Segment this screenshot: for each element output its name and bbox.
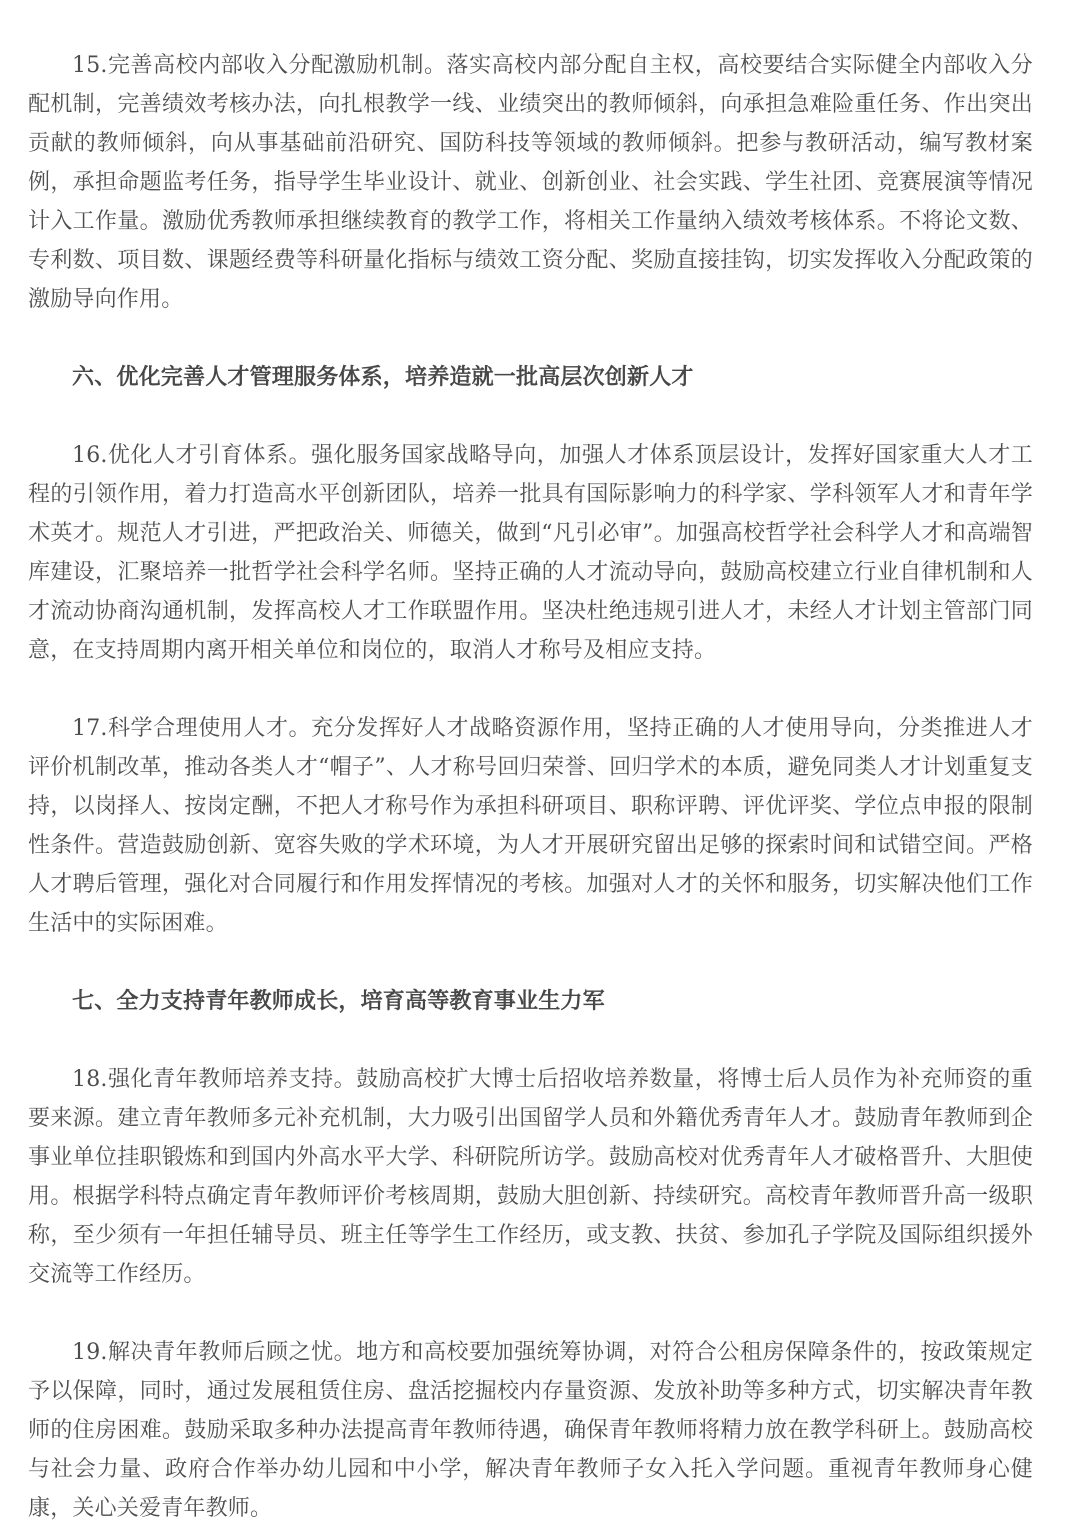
document-body: 15.完善高校内部收入分配激励机制。落实高校内部分配自主权，高校要结合实际健全内… [28,46,1033,1520]
paragraph-item-18: 18.强化青年教师培养支持。鼓励高校扩大博士后招收培养数量，将博士后人员作为补充… [28,1060,1033,1294]
document-page: 15.完善高校内部收入分配激励机制。落实高校内部分配自主权，高校要结合实际健全内… [0,0,1074,1520]
paragraph-item-16: 16.优化人才引育体系。强化服务国家战略导向，加强人才体系顶层设计，发挥好国家重… [28,436,1033,670]
paragraph-item-19: 19.解决青年教师后顾之忧。地方和高校要加强统筹协调，对符合公租房保障条件的，按… [28,1333,1033,1520]
section-heading-6: 六、优化完善人才管理服务体系，培养造就一批高层次创新人才 [28,358,1033,397]
paragraph-item-15: 15.完善高校内部收入分配激励机制。落实高校内部分配自主权，高校要结合实际健全内… [28,46,1033,319]
section-heading-7: 七、全力支持青年教师成长，培育高等教育事业生力军 [28,982,1033,1021]
paragraph-item-17: 17.科学合理使用人才。充分发挥好人才战略资源作用，坚持正确的人才使用导向，分类… [28,709,1033,943]
